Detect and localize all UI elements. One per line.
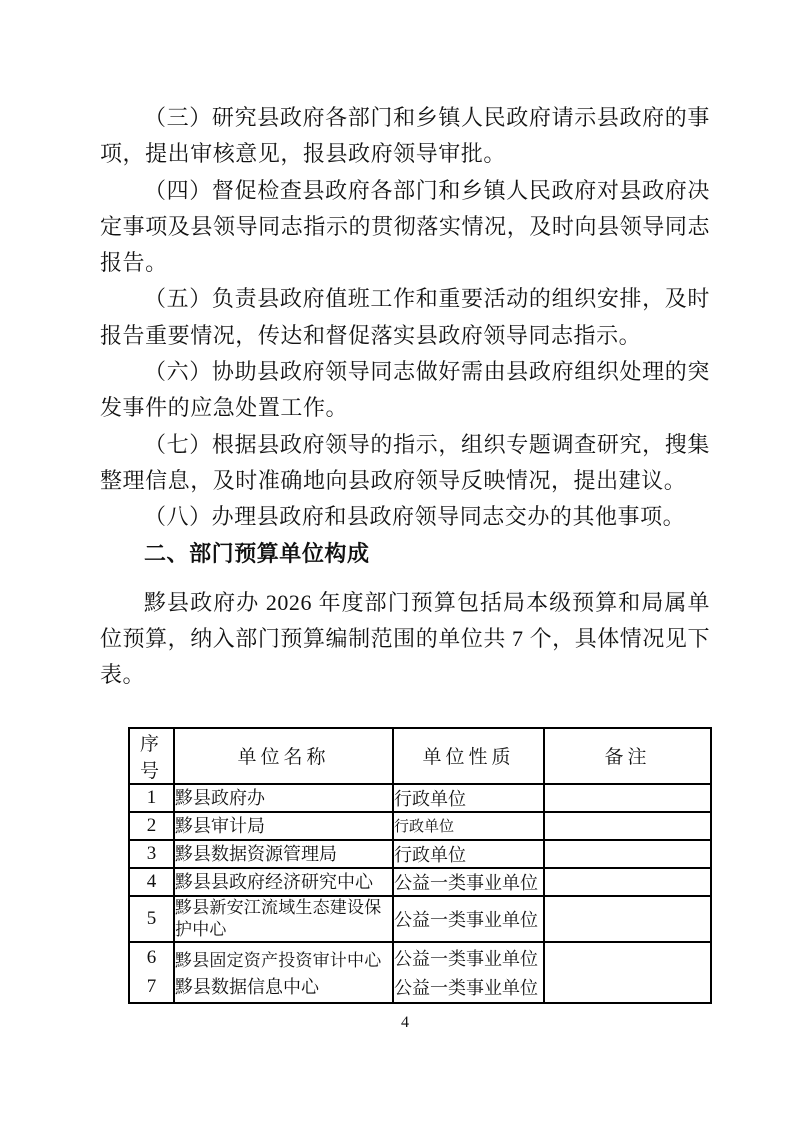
cell-type: 行政单位	[393, 812, 544, 840]
body-paragraph: （六）协助县政府领导同志做好需由县政府组织处理的突发事件的应急处置工作。	[100, 354, 710, 427]
budget-units-table: 序号 单位名称 单位性质 备注 1 黟县政府办 行政单位 2 黟县审计局 行政单…	[128, 727, 712, 1004]
cell-type: 公益一类事业单位	[393, 896, 544, 942]
cell-name: 黟县数据资源管理局	[174, 840, 393, 868]
cell-note	[544, 942, 711, 973]
cell-name: 黟县县政府经济研究中心	[174, 868, 393, 896]
cell-name: 黟县新安江流域生态建设保护中心	[174, 896, 393, 942]
table-header-row: 序号 单位名称 单位性质 备注	[129, 728, 711, 784]
header-cell-note: 备注	[544, 728, 711, 784]
page-number: 4	[100, 1014, 710, 1032]
cell-note	[544, 840, 711, 868]
table-row: 3 黟县数据资源管理局 行政单位	[129, 840, 711, 868]
cell-type: 公益一类事业单位	[393, 973, 544, 1003]
table-row: 5 黟县新安江流域生态建设保护中心 公益一类事业单位	[129, 896, 711, 942]
header-cell-no: 序号	[129, 728, 174, 784]
table-row: 1 黟县政府办 行政单位	[129, 784, 711, 812]
body-paragraph: （四）督促检查县政府各部门和乡镇人民政府对县政府决定事项及县领导同志指示的贯彻落…	[100, 173, 710, 282]
body-text-block: （三）研究县政府各部门和乡镇人民政府请示县政府的事项，提出审核意见，报县政府领导…	[100, 100, 710, 694]
cell-no: 4	[129, 868, 174, 896]
cell-note	[544, 812, 711, 840]
cell-no: 2	[129, 812, 174, 840]
body-paragraph: （三）研究县政府各部门和乡镇人民政府请示县政府的事项，提出审核意见，报县政府领导…	[100, 100, 710, 173]
cell-no: 6	[129, 942, 174, 973]
header-cell-type: 单位性质	[393, 728, 544, 784]
cell-type: 行政单位	[393, 784, 544, 812]
cell-name: 黟县数据信息中心	[174, 973, 393, 1003]
table-row: 6 黟县固定资产投资审计中心 公益一类事业单位	[129, 942, 711, 973]
header-cell-name: 单位名称	[174, 728, 393, 784]
cell-no: 3	[129, 840, 174, 868]
section-intro-paragraph: 黟县政府办 2026 年度部门预算包括局本级预算和局属单位预算，纳入部门预算编制…	[100, 585, 710, 694]
cell-name: 黟县固定资产投资审计中心	[174, 942, 393, 973]
body-paragraph: （五）负责县政府值班工作和重要活动的组织安排，及时报告重要情况，传达和督促落实县…	[100, 281, 710, 354]
cell-name: 黟县政府办	[174, 784, 393, 812]
section-heading: 二、部门预算单位构成	[100, 536, 710, 572]
cell-name: 黟县审计局	[174, 812, 393, 840]
table-row: 2 黟县审计局 行政单位	[129, 812, 711, 840]
cell-type: 公益一类事业单位	[393, 942, 544, 973]
table-row: 7 黟县数据信息中心 公益一类事业单位	[129, 973, 711, 1003]
cell-note	[544, 973, 711, 1003]
body-paragraph: （八）办理县政府和县政府领导同志交办的其他事项。	[100, 499, 710, 535]
cell-note	[544, 896, 711, 942]
cell-type: 行政单位	[393, 840, 544, 868]
document-page: （三）研究县政府各部门和乡镇人民政府请示县政府的事项，提出审核意见，报县政府领导…	[0, 0, 793, 1122]
body-paragraph: （七）根据县政府领导的指示，组织专题调查研究，搜集整理信息，及时准确地向县政府领…	[100, 427, 710, 500]
cell-no: 7	[129, 973, 174, 1003]
table-row: 4 黟县县政府经济研究中心 公益一类事业单位	[129, 868, 711, 896]
cell-no: 5	[129, 896, 174, 942]
cell-note	[544, 868, 711, 896]
cell-note	[544, 784, 711, 812]
cell-type: 公益一类事业单位	[393, 868, 544, 896]
cell-no: 1	[129, 784, 174, 812]
